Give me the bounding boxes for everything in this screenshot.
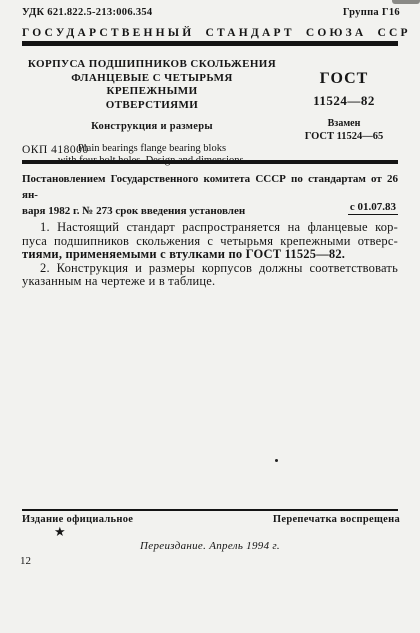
gost-designation-block: ГОСТ 11524—82 Взамен ГОСТ 11524—65 — [288, 70, 400, 142]
udk-code: УДК 621.822.5-213:006.354 — [22, 7, 152, 18]
paragraph-1-line-1: 1. Настоящий стандарт распространяется н… — [22, 221, 398, 235]
decree-line-2: варя 1982 г. № 273 срок введения установ… — [22, 203, 398, 219]
gost-number: 11524—82 — [288, 93, 400, 109]
title-line-2: ФЛАНЦЕВЫЕ С ЧЕТЫРЬМЯ КРЕПЕЖНЫМИ — [26, 72, 278, 99]
replaces-label: Взамен — [288, 118, 400, 129]
paragraph-1-line-3: тиями, применяемыми с втулками по ГОСТ 1… — [22, 248, 398, 262]
official-edition-label: Издание официальное — [22, 514, 133, 525]
title-line-3: ОТВЕРСТИЯМИ — [26, 99, 278, 113]
body-text: 1. Настоящий стандарт распространяется н… — [22, 221, 398, 289]
footer-rule — [22, 509, 398, 511]
paragraph-1-line-2: пуса подшипников скольжения с четырьмя к… — [22, 235, 398, 249]
document-page: УДК 621.822.5-213:006.354 Группа Г16 ГОС… — [0, 0, 420, 633]
title-line-1: КОРПУСА ПОДШИПНИКОВ СКОЛЬЖЕНИЯ — [26, 58, 278, 72]
subtitle: Конструкция и размеры — [26, 121, 278, 132]
decree-line-1: Постановлением Государственного комитета… — [22, 171, 398, 203]
paragraph-2-line-2: указанным на чертеже и в таблице. — [22, 275, 398, 289]
scan-artifact — [392, 0, 420, 4]
state-standard-header: ГОСУДАРСТВЕННЫЙ СТАНДАРТ СОЮЗА ССР — [22, 27, 398, 39]
reissue-note: Переиздание. Апрель 1994 г. — [0, 540, 420, 552]
group-code: Группа Г16 — [343, 7, 400, 18]
decree-paragraph: Постановлением Государственного комитета… — [22, 171, 398, 219]
section-rule — [22, 160, 398, 164]
footer-row: Издание официальное Перепечатка воспреще… — [22, 514, 400, 525]
replaces-number: ГОСТ 11524—65 — [288, 131, 400, 142]
header-rule — [22, 41, 398, 46]
paragraph-2-line-1: 2. Конструкция и размеры корпусов должны… — [22, 262, 398, 276]
okp-code: ОКП 418000 — [22, 144, 89, 156]
effective-date: с 01.07.83 — [348, 201, 398, 215]
gost-label: ГОСТ — [288, 70, 400, 88]
ink-speck — [275, 459, 278, 462]
reprint-forbidden-label: Перепечатка воспрещена — [273, 514, 400, 525]
star-mark: ★ — [54, 524, 66, 540]
page-number: 12 — [20, 555, 31, 567]
classification-row: УДК 621.822.5-213:006.354 Группа Г16 — [22, 7, 400, 18]
